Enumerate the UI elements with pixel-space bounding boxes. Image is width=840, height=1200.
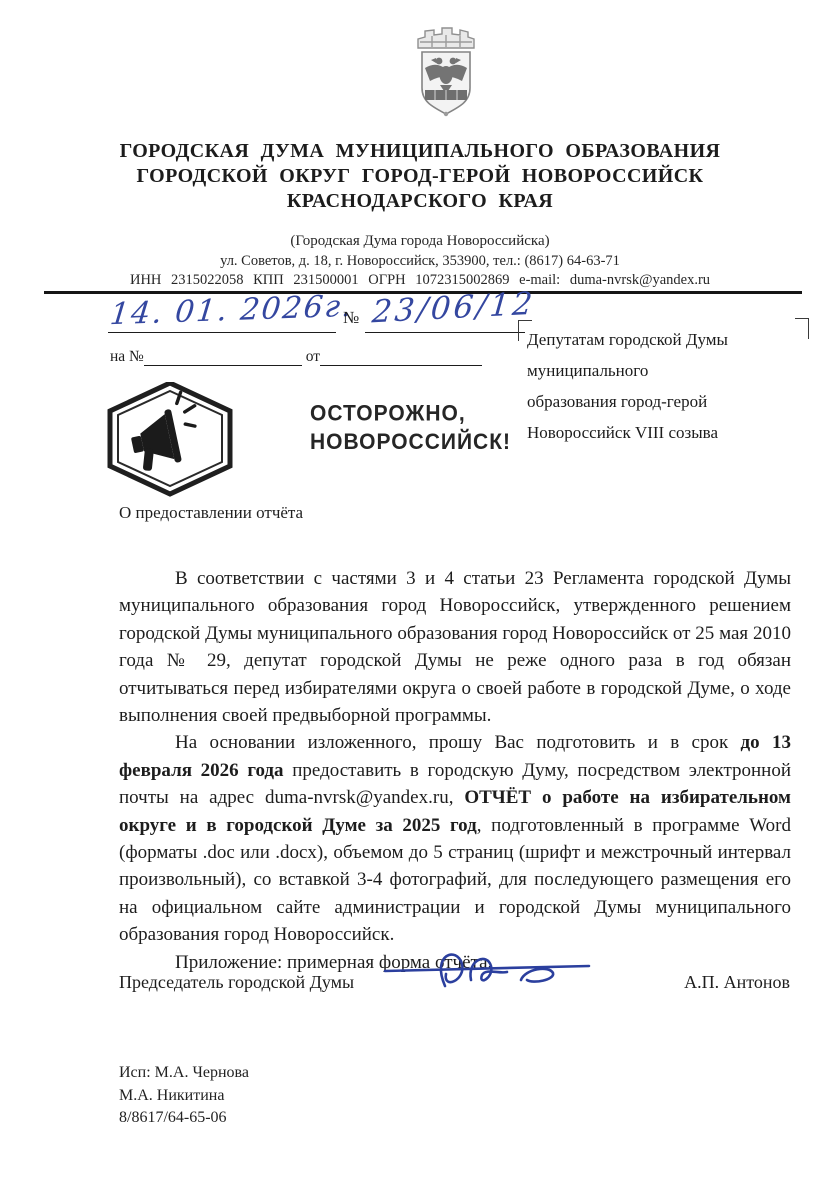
org-name: ГОРОДСКАЯ ДУМА МУНИЦИПАЛЬНОГО ОБРАЗОВАНИ… bbox=[0, 139, 840, 214]
org-name-line1: ГОРОДСКАЯ ДУМА МУНИЦИПАЛЬНОГО ОБРАЗОВАНИ… bbox=[0, 139, 840, 164]
org-name-line3: КРАСНОДАРСКОГО КРАЯ bbox=[0, 189, 840, 214]
addressee-line: Новороссийск VIII созыва bbox=[527, 417, 812, 448]
handwritten-date: 14. 01. 2026г. bbox=[108, 289, 355, 333]
p2-text: На основании изложенного, прошу Вас подг… bbox=[175, 732, 741, 753]
subject-line: О предоставлении отчёта bbox=[119, 503, 303, 523]
number-sign: № bbox=[343, 308, 359, 328]
executor-block: Исп: М.А. Чернова М.А. Никитина 8/8617/6… bbox=[119, 1062, 249, 1130]
reply-reference-line: на № от bbox=[110, 348, 482, 366]
watermark-line2: НОВОРОССИЙСК! bbox=[310, 428, 511, 456]
date-underline bbox=[108, 332, 336, 333]
reply-prefix: на № bbox=[110, 348, 144, 365]
number-underline bbox=[365, 332, 525, 333]
paragraph-2: На основании изложенного, прошу Вас подг… bbox=[119, 729, 791, 948]
watermark-text: ОСТОРОЖНО, НОВОРОССИЙСК! bbox=[310, 400, 511, 456]
addressee-block: Депутатам городской Думы муниципального … bbox=[527, 324, 812, 448]
coat-of-arms-emblem bbox=[398, 24, 492, 119]
watermark-line1: ОСТОРОЖНО, bbox=[310, 400, 511, 428]
reply-number-blank bbox=[144, 349, 302, 366]
org-name-line2: ГОРОДСКОЙ ОКРУГ ГОРОД-ГЕРОЙ НОВОРОССИЙСК bbox=[0, 164, 840, 189]
org-requisites: ИНН 2315022058 КПП 231500001 ОГРН 107231… bbox=[0, 272, 840, 289]
fortress-wall-band bbox=[425, 90, 467, 100]
handwritten-number: 23/06/12 bbox=[371, 286, 537, 331]
watermark-stamp: ОСТОРОЖНО, НОВОРОССИЙСК! bbox=[98, 382, 498, 497]
letter-body: В соответствии с частями 3 и 4 статьи 23… bbox=[119, 565, 791, 976]
addressee-line: муниципального bbox=[527, 355, 812, 386]
scanned-letter: { "header": { "org_name_line1": "ГОРОДСК… bbox=[0, 0, 840, 1200]
reply-from: от bbox=[306, 348, 320, 365]
org-alt-name: (Городская Дума города Новороссийска) bbox=[0, 233, 840, 250]
addressee-line: образования город-герой bbox=[527, 386, 812, 417]
reply-date-blank bbox=[320, 349, 482, 366]
shield-tip-orb bbox=[444, 112, 448, 116]
executor-line2: М.А. Никитина bbox=[119, 1085, 249, 1108]
paragraph-1: В соответствии с частями 3 и 4 статьи 23… bbox=[119, 565, 791, 729]
org-address: ул. Советов, д. 18, г. Новороссийск, 353… bbox=[0, 253, 840, 270]
executor-line1: Исп: М.А. Чернова bbox=[119, 1062, 249, 1085]
signer-name: А.П. Антонов bbox=[0, 972, 790, 993]
hexagon-megaphone-logo bbox=[98, 382, 243, 497]
addressee-line: Депутатам городской Думы bbox=[527, 324, 812, 355]
executor-phone: 8/8617/64-65-06 bbox=[119, 1107, 249, 1130]
